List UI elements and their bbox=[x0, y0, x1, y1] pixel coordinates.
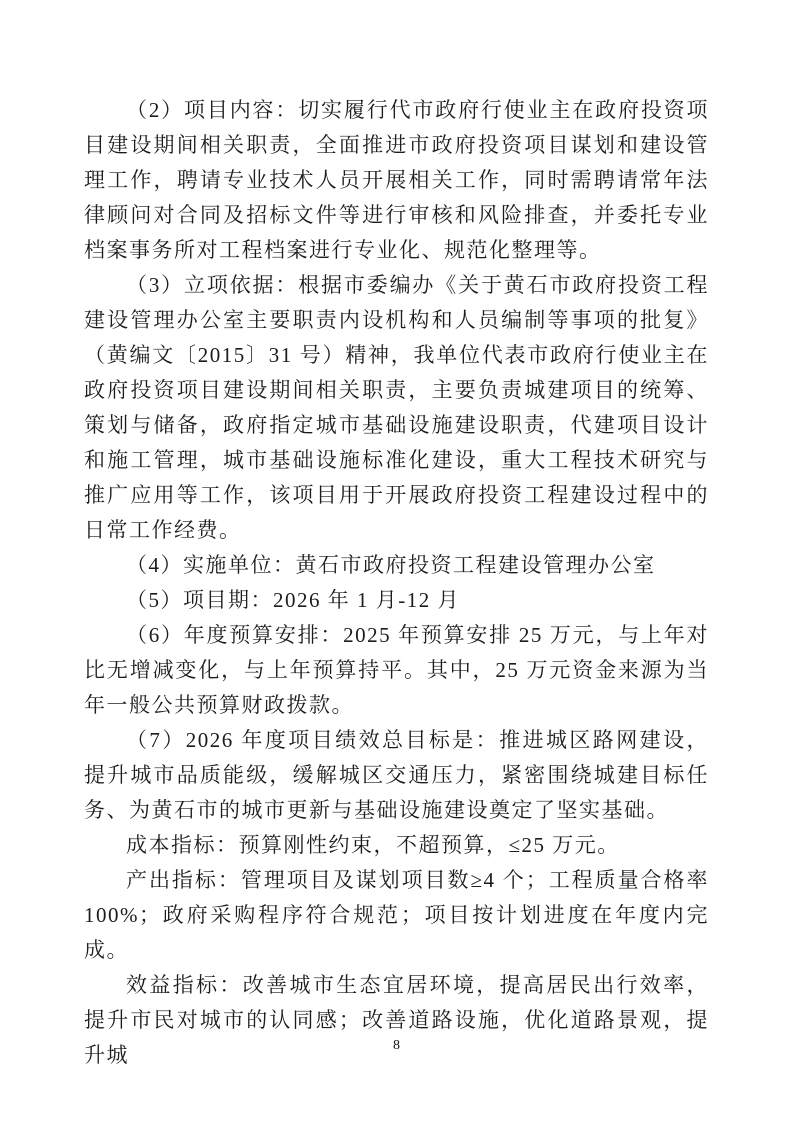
para-cost-indicator: 成本指标：预算刚性约束，不超预算，≤25 万元。 bbox=[84, 828, 709, 863]
para-2-project-content: （2）项目内容：切实履行代市政府行使业主在政府投资项目建设期间相关职责，全面推进… bbox=[84, 93, 709, 268]
para-4-implementing-unit: （4）实施单位：黄石市政府投资工程建设管理办公室 bbox=[84, 548, 709, 583]
page-number-footer: 8 bbox=[0, 1038, 793, 1054]
para-5-project-period: （5）项目期：2026 年 1 月-12 月 bbox=[84, 583, 709, 618]
document-body: （2）项目内容：切实履行代市政府行使业主在政府投资项目建设期间相关职责，全面推进… bbox=[84, 93, 709, 1073]
para-output-indicator: 产出指标：管理项目及谋划项目数≥4 个；工程质量合格率 100%；政府采购程序符… bbox=[84, 863, 709, 968]
para-benefit-indicator: 效益指标：改善城市生态宜居环境，提高居民出行效率，提升市民对城市的认同感；改善道… bbox=[84, 968, 709, 1073]
document-page: （2）项目内容：切实履行代市政府行使业主在政府投资项目建设期间相关职责，全面推进… bbox=[0, 0, 793, 1122]
para-3-project-basis: （3）立项依据：根据市委编办《关于黄石市政府投资工程建设管理办公室主要职责内设机… bbox=[84, 268, 709, 548]
para-6-annual-budget: （6）年度预算安排：2025 年预算安排 25 万元，与上年对比无增减变化，与上… bbox=[84, 618, 709, 723]
para-7-performance-goal: （7）2026 年度项目绩效总目标是：推进城区路网建设，提升城市品质能级，缓解城… bbox=[84, 723, 709, 828]
